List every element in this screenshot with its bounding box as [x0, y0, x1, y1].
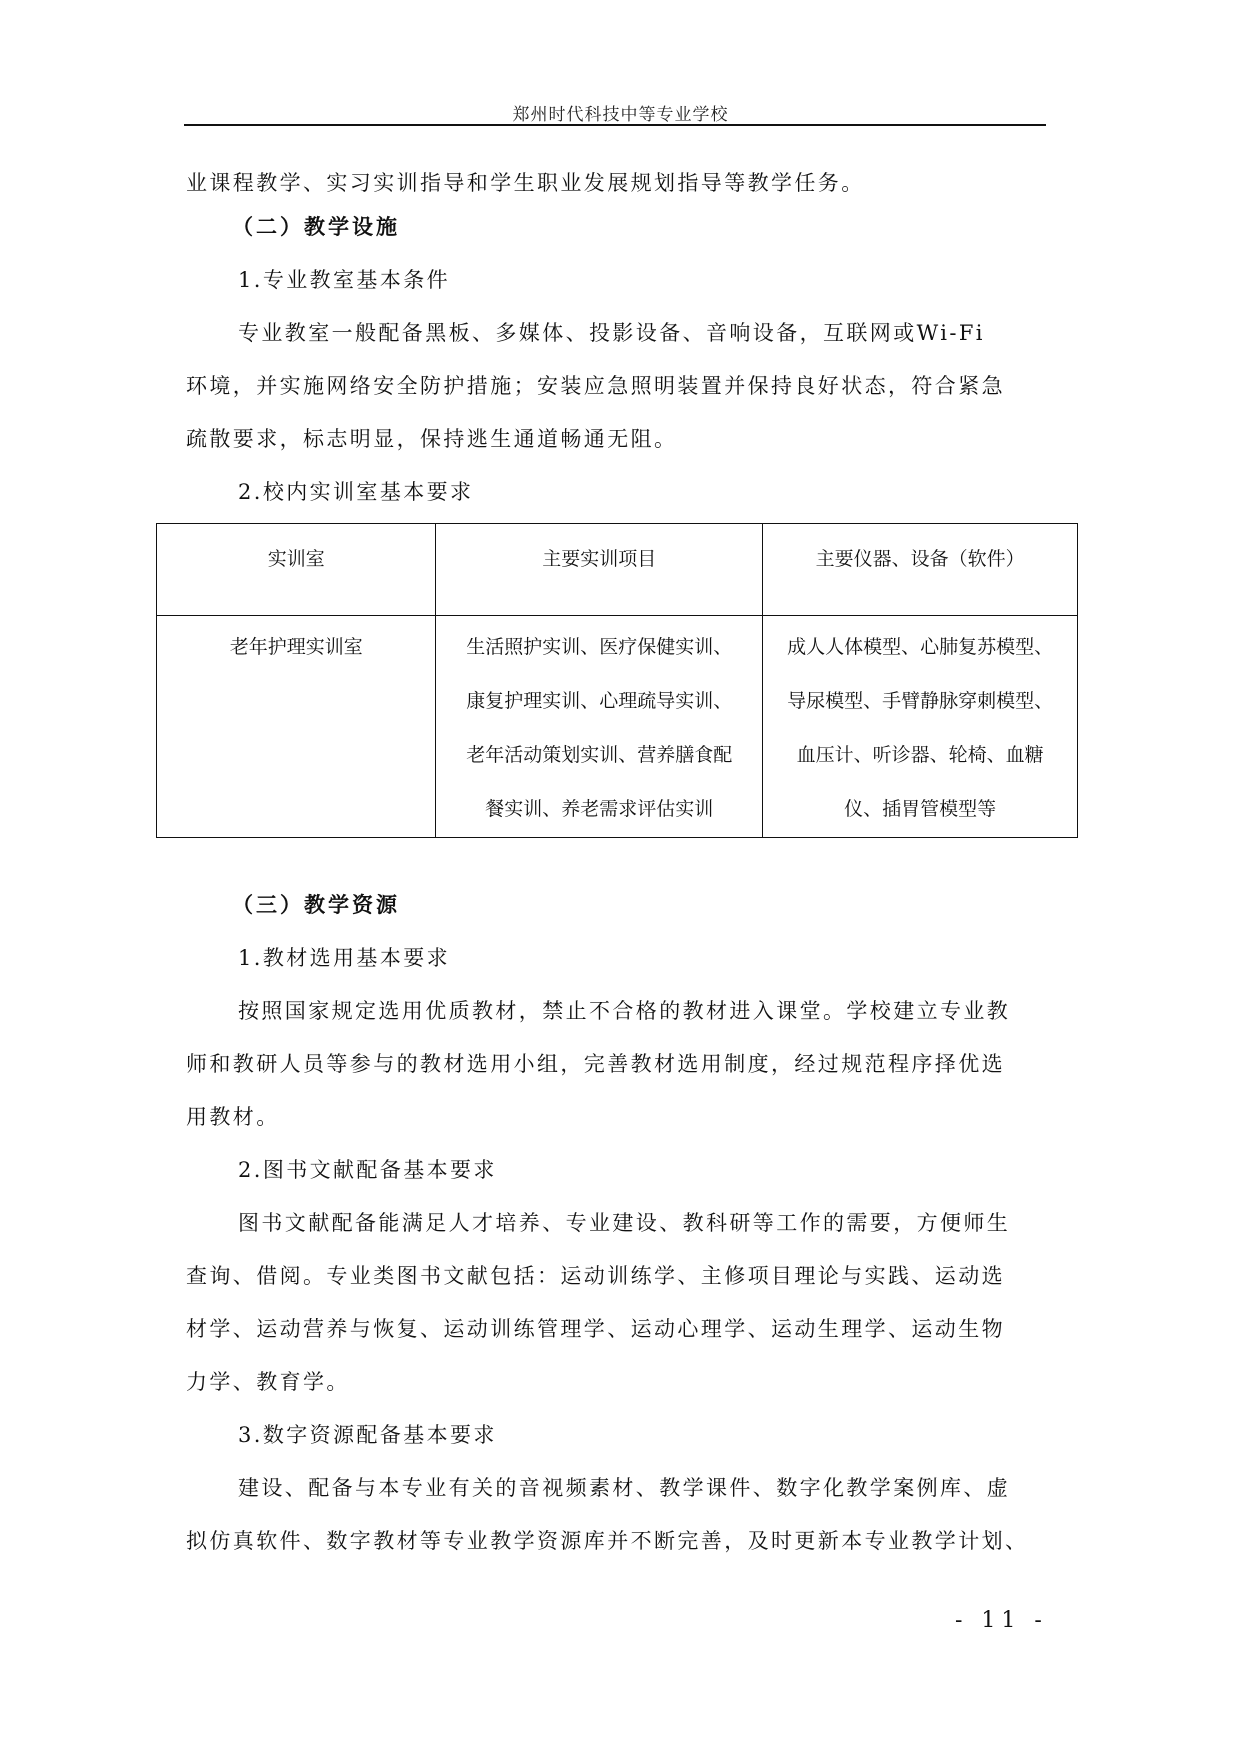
training-room-table: 实训室 主要实训项目 主要仪器、设备（软件） 老年护理实训室 生活照护实训、医疗…	[156, 523, 1078, 838]
projects-cell: 生活照护实训、医疗保健实训、 康复护理实训、心理疏导实训、 老年活动策划实训、营…	[436, 616, 763, 838]
paragraph-line: 力学、教育学。	[186, 1367, 1046, 1397]
paragraph-line: 环境，并实施网络安全防护措施；安装应急照明装置并保持良好状态，符合紧急	[186, 371, 1046, 401]
equipment-cell: 成人人体模型、心肺复苏模型、 导尿模型、手臂静脉穿刺模型、 血压计、听诊器、轮椅…	[763, 616, 1078, 838]
table-row: 老年护理实训室 生活照护实训、医疗保健实训、 康复护理实训、心理疏导实训、 老年…	[157, 616, 1078, 838]
column-header: 主要仪器、设备（软件）	[763, 524, 1078, 616]
paragraph-line: 图书文献配备能满足人才培养、专业建设、教科研等工作的需要，方便师生	[238, 1208, 1098, 1238]
cell-text-line: 仪、插胃管模型等	[764, 782, 1076, 836]
column-header: 实训室	[157, 524, 436, 616]
paragraph-line: 材学、运动营养与恢复、运动训练管理学、运动心理学、运动生理学、运动生物	[186, 1314, 1046, 1344]
room-name: 老年护理实训室	[158, 620, 434, 674]
paragraph-line: 拟仿真软件、数字教材等专业教学资源库并不断完善，及时更新本专业教学计划、	[186, 1526, 1046, 1556]
cell-text-line: 餐实训、养老需求评估实训	[437, 782, 761, 836]
cell-text-line: 导尿模型、手臂静脉穿刺模型、	[764, 674, 1076, 728]
subsection-title: 2.校内实训室基本要求	[238, 477, 1098, 507]
header-divider	[184, 124, 1046, 126]
cell-text-line: 成人人体模型、心肺复苏模型、	[764, 620, 1076, 674]
cell-text-line: 康复护理实训、心理疏导实训、	[437, 674, 761, 728]
paragraph-line: 用教材。	[186, 1102, 1046, 1132]
paragraph-line: 疏散要求，标志明显，保持逃生通道畅通无阻。	[186, 424, 1046, 454]
subsection-title: 1.教材选用基本要求	[238, 943, 1098, 973]
page-number: - 11 -	[955, 1608, 1048, 1633]
cell-text-line: 老年活动策划实训、营养膳食配	[437, 728, 761, 782]
paragraph-line: 师和教研人员等参与的教材选用小组，完善教材选用制度，经过规范程序择优选	[186, 1049, 1046, 1079]
cell-text-line: 血压计、听诊器、轮椅、血糖	[764, 728, 1076, 782]
subsection-title: 2.图书文献配备基本要求	[238, 1155, 1098, 1185]
room-cell: 老年护理实训室	[157, 616, 436, 838]
continuation-text: 业课程教学、实习实训指导和学生职业发展规划指导等教学任务。	[186, 168, 1046, 198]
paragraph-line: 按照国家规定选用优质教材，禁止不合格的教材进入课堂。学校建立专业教	[238, 996, 1098, 1026]
section-heading-facilities: （二）教学设施	[232, 212, 1092, 242]
section-heading-resources: （三）教学资源	[232, 890, 1092, 920]
school-name: 郑州时代科技中等专业学校	[0, 100, 1241, 125]
subsection-title: 1.专业教室基本条件	[238, 265, 1098, 295]
column-header: 主要实训项目	[436, 524, 763, 616]
subsection-title: 3.数字资源配备基本要求	[238, 1420, 1098, 1450]
paragraph-line: 专业教室一般配备黑板、多媒体、投影设备、音响设备，互联网或Wi-Fi	[238, 318, 1098, 348]
paragraph-line: 查询、借阅。专业类图书文献包括：运动训练学、主修项目理论与实践、运动选	[186, 1261, 1046, 1291]
table-header-row: 实训室 主要实训项目 主要仪器、设备（软件）	[157, 524, 1078, 616]
paragraph-line: 建设、配备与本专业有关的音视频素材、教学课件、数字化教学案例库、虚	[238, 1473, 1098, 1503]
cell-text-line: 生活照护实训、医疗保健实训、	[437, 620, 761, 674]
